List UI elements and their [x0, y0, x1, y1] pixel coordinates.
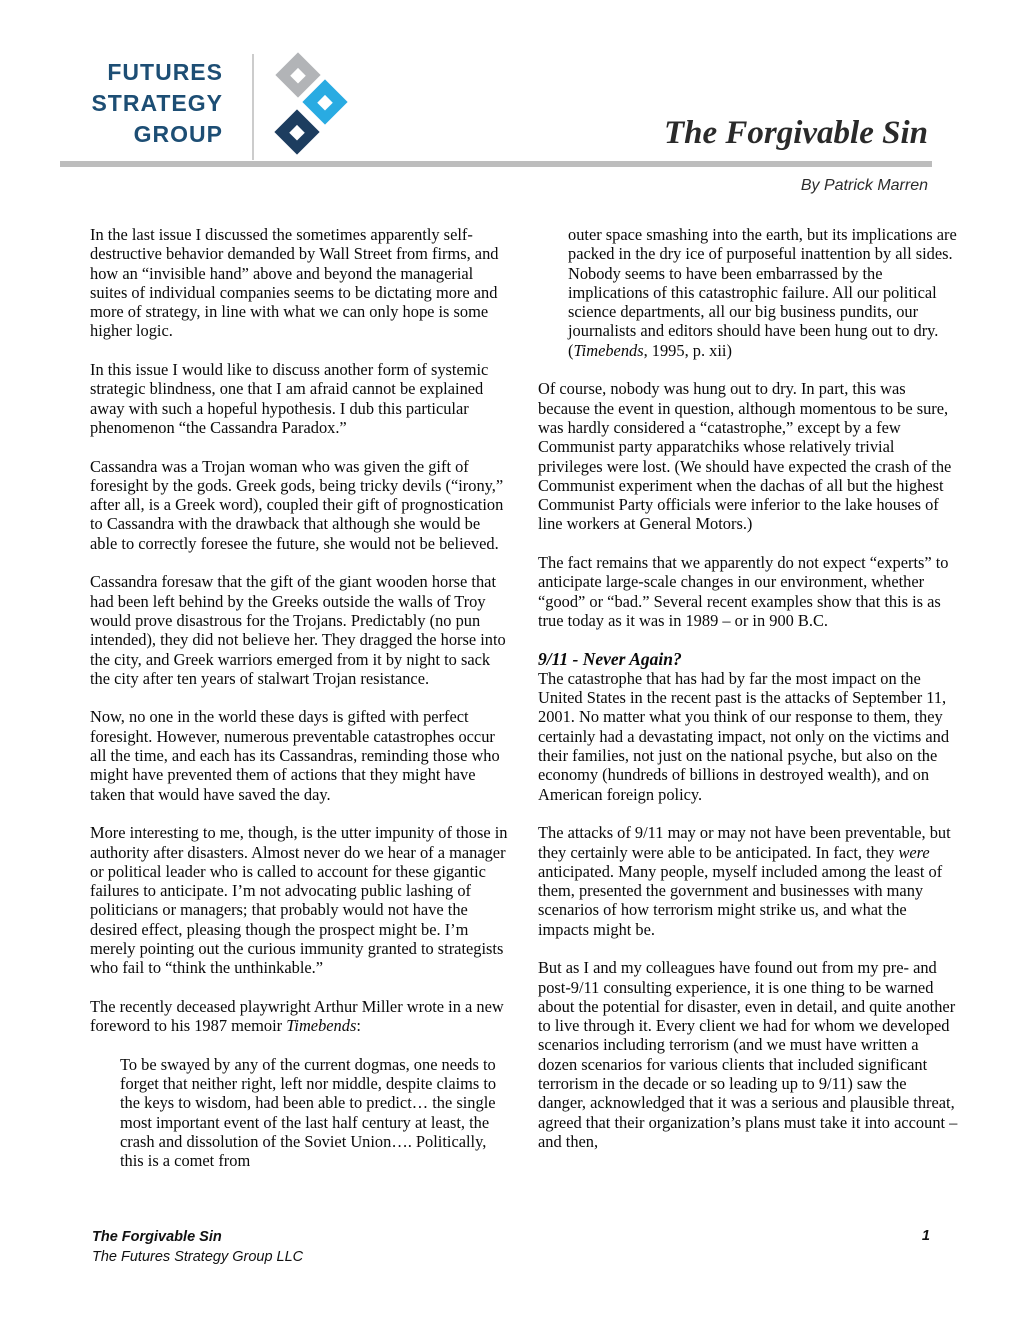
logo-line-2: STRATEGY: [60, 88, 223, 119]
left-column: In the last issue I discussed the someti…: [90, 225, 510, 1190]
paragraph: Of course, nobody was hung out to dry. I…: [538, 379, 958, 533]
header-rule: [60, 161, 932, 167]
paragraph: Cassandra was a Trojan woman who was giv…: [90, 457, 510, 553]
logo-divider: [252, 54, 254, 160]
blockquote: To be swayed by any of the current dogma…: [120, 1055, 510, 1171]
paragraph: More interesting to me, though, is the u…: [90, 823, 510, 977]
paragraph: Cassandra foresaw that the gift of the g…: [90, 572, 510, 688]
diamond-navy-icon: [274, 109, 319, 154]
paragraph: But as I and my colleagues have found ou…: [538, 958, 958, 1151]
logo-line-1: FUTURES: [60, 57, 223, 88]
company-logo-wordmark: FUTURES STRATEGY GROUP: [60, 57, 223, 150]
paragraph: The fact remains that we apparently do n…: [538, 553, 958, 630]
paragraph: The catastrophe that has had by far the …: [538, 669, 958, 804]
company-logo-icon: [255, 45, 385, 175]
footer-company: The Futures Strategy Group LLC: [92, 1248, 932, 1268]
page-title: The Forgivable Sin: [500, 114, 928, 152]
blockquote: outer space smashing into the earth, but…: [568, 225, 958, 360]
article-body: In the last issue I discussed the someti…: [90, 225, 958, 1190]
page-number: 1: [600, 1228, 930, 1244]
paragraph: In this issue I would like to discuss an…: [90, 360, 510, 437]
paragraph: The attacks of 9/11 may or may not have …: [538, 823, 958, 939]
paragraph: In the last issue I discussed the someti…: [90, 225, 510, 341]
section-heading: 9/11 - Never Again?: [538, 650, 958, 669]
right-column: outer space smashing into the earth, but…: [538, 225, 958, 1190]
document-page: FUTURES STRATEGY GROUP The Forgivable Si…: [0, 0, 1020, 1320]
paragraph: The recently deceased playwright Arthur …: [90, 997, 510, 1036]
byline: By Patrick Marren: [600, 177, 928, 195]
logo-line-3: GROUP: [60, 119, 223, 150]
paragraph: Now, no one in the world these days is g…: [90, 707, 510, 803]
